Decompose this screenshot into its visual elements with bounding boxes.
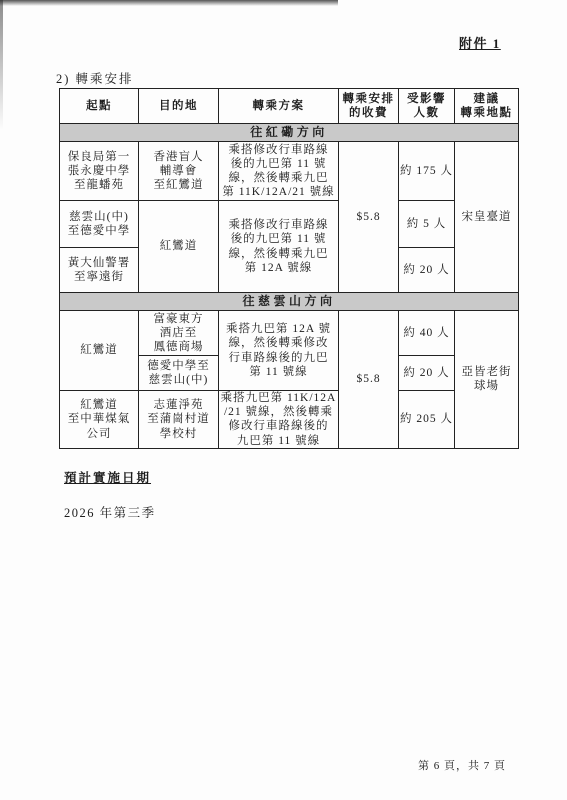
section-band-label: 往紅磡方向: [60, 124, 519, 142]
cell-affected: 約 20 人: [399, 248, 455, 293]
col-header-plan: 轉乘方案: [219, 89, 339, 124]
cell-affected: 約 205 人: [399, 391, 455, 449]
cell-fare: $5.8: [339, 311, 399, 449]
cell-transfer-point: 亞皆老街 球場: [455, 311, 519, 449]
cell-affected: 約 175 人: [399, 142, 455, 201]
col-header-destination: 目的地: [139, 89, 219, 124]
document-page: 附件 1 2) 轉乘安排 起點 目的地 轉乘方案 轉乘安排 的收費 受影響 人數…: [0, 0, 567, 800]
cell-destination: 紅鸞道: [139, 201, 219, 293]
cell-origin: 紅鸞道 至中華煤氣 公司: [60, 391, 139, 449]
col-header-transfer-point: 建議 轉乘地點: [455, 89, 519, 124]
annex-label: 附件 1: [459, 33, 501, 52]
cell-fare: $5.8: [339, 142, 399, 293]
cell-plan: 乘搭九巴第 11K/12A /21 號線，然後轉乘 修改行車路線後的 九巴第 1…: [219, 391, 339, 449]
table-row: 紅鸞道 富豪東方 酒店至 鳳德商場 乘搭九巴第 12A 號 線，然後轉乘修改 行…: [60, 311, 519, 356]
table-row: 保良局第一 張永慶中學 至龍蟠苑 香港盲人 輔導會 至紅鸞道 乘搭修改行車路線 …: [60, 142, 519, 201]
cell-destination: 香港盲人 輔導會 至紅鸞道: [139, 142, 219, 201]
cell-transfer-point: 宋皇臺道: [455, 142, 519, 293]
section-band-hunghom: 往紅磡方向: [60, 124, 519, 142]
cell-origin: 慈雲山(中) 至德愛中學: [60, 201, 139, 248]
cell-plan: 乘搭九巴第 12A 號 線，然後轉乘修改 行車路線後的九巴 第 11 號線: [219, 311, 339, 391]
cell-destination: 志蓮淨苑 至蒲崗村道 學校村: [139, 391, 219, 449]
cell-plan: 乘搭修改行車路線 後的九巴第 11 號 線，然後轉乘九巴 第 11K/12A/2…: [219, 142, 339, 201]
transfer-arrangement-table: 起點 目的地 轉乘方案 轉乘安排 的收費 受影響 人數 建議 轉乘地點 往紅磡方…: [59, 88, 519, 449]
cell-origin: 紅鸞道: [60, 311, 139, 391]
cell-destination: 富豪東方 酒店至 鳳德商場: [139, 311, 219, 356]
table-row: 紅鸞道 至中華煤氣 公司 志蓮淨苑 至蒲崗村道 學校村 乘搭九巴第 11K/12…: [60, 391, 519, 449]
section-band-label: 往慈雲山方向: [60, 293, 519, 311]
cell-destination: 德愛中學至 慈雲山(中): [139, 356, 219, 391]
page-number-footer: 第 6 頁，共 7 頁: [0, 757, 506, 773]
cell-origin: 保良局第一 張永慶中學 至龍蟠苑: [60, 142, 139, 201]
col-header-origin: 起點: [60, 89, 139, 124]
table-row: 慈雲山(中) 至德愛中學 紅鸞道 乘搭修改行車路線 後的九巴第 11 號 線，然…: [60, 201, 519, 248]
implementation-date-heading: 預計實施日期: [64, 468, 151, 486]
cell-plan: 乘搭修改行車路線 後的九巴第 11 號 線，然後轉乘九巴 第 12A 號線: [219, 201, 339, 293]
col-header-fare: 轉乘安排 的收費: [339, 89, 399, 124]
col-header-affected: 受影響 人數: [399, 89, 455, 124]
cell-origin: 黃大仙警署 至寧遠街: [60, 248, 139, 293]
table-header-row: 起點 目的地 轉乘方案 轉乘安排 的收費 受影響 人數 建議 轉乘地點: [60, 89, 519, 124]
scan-artifact-top: [0, 0, 338, 6]
section-heading: 2) 轉乘安排: [56, 69, 134, 87]
cell-affected: 約 20 人: [399, 356, 455, 391]
implementation-date-value: 2026 年第三季: [64, 503, 156, 521]
cell-affected: 約 5 人: [399, 201, 455, 248]
cell-affected: 約 40 人: [399, 311, 455, 356]
scan-artifact-left: [0, 0, 3, 130]
section-band-tszwanshan: 往慈雲山方向: [60, 293, 519, 311]
